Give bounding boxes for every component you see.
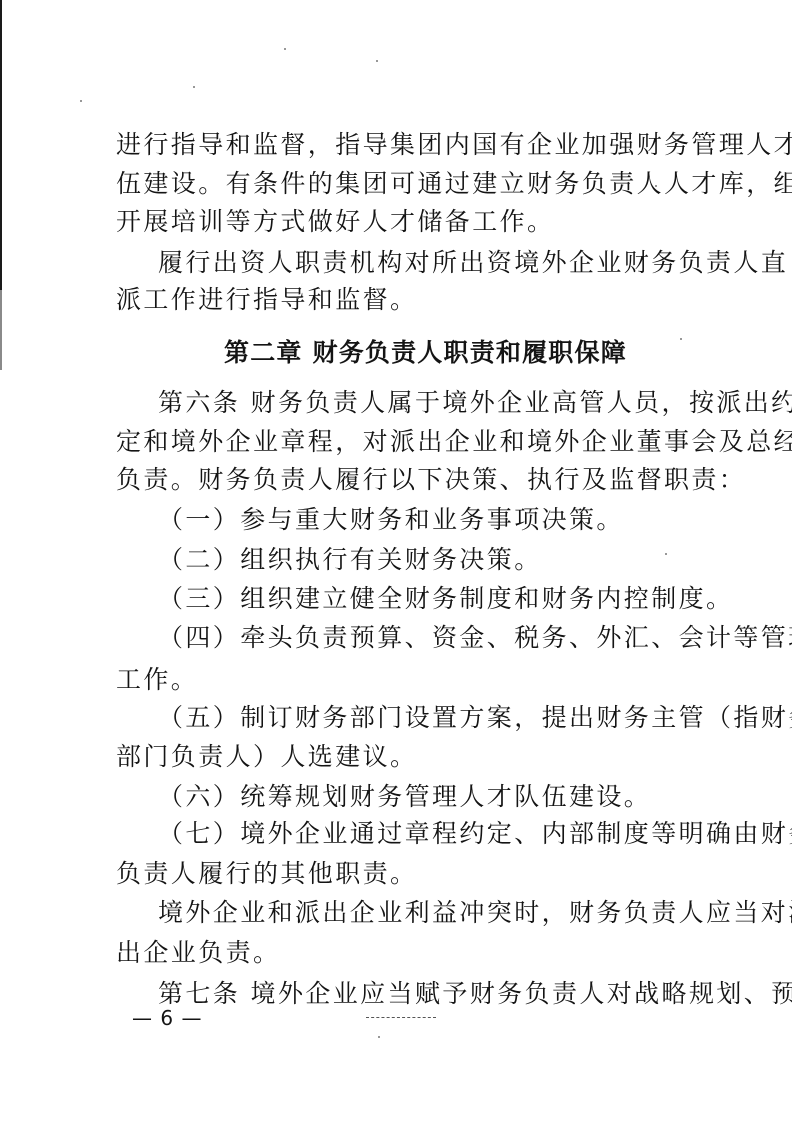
scan-speck [376, 60, 378, 62]
page-number: — 6 — [132, 1006, 202, 1030]
list-item: （五）制订财务部门设置方案，提出财务主管（指财务 [158, 703, 792, 733]
article-7-line: 第七条 境外企业应当赋予财务负责人对战略规划、预 [158, 979, 792, 1009]
list-item: （二）组织执行有关财务决策。 [158, 545, 542, 575]
article-6-line: 第六条 财务负责人属于境外企业高管人员，按派出约 [158, 388, 792, 418]
list-item-continuation: 负责人履行的其他职责。 [116, 859, 417, 889]
scan-speck [80, 100, 82, 102]
footer-dashed-rule [366, 1017, 436, 1018]
list-item: （一）参与重大财务和业务事项决策。 [158, 505, 624, 535]
list-item: （四）牵头负责预算、资金、税务、外汇、会计等管理 [158, 623, 792, 653]
scan-speck [193, 86, 195, 88]
paragraph-line: 履行出资人职责机构对所出资境外企业财务负责人直 [158, 248, 788, 278]
list-item-continuation: 工作。 [116, 665, 198, 695]
scan-speck [378, 1036, 380, 1038]
chapter-heading: 第二章 财务负责人职责和履职保障 [224, 338, 627, 368]
scan-speck [655, 185, 657, 187]
scan-edge-artifact-grey [0, 290, 2, 370]
paragraph-line: 进行指导和监督，指导集团内国有企业加强财务管理人才队 [116, 130, 792, 160]
scan-speck [284, 48, 286, 50]
paragraph-line: 派工作进行指导和监督。 [116, 285, 417, 315]
scan-edge-artifact [0, 0, 2, 290]
scan-speck [665, 553, 667, 555]
paragraph-line: 出企业负责。 [116, 938, 280, 968]
scan-speck [680, 338, 682, 340]
list-item: （七）境外企业通过章程约定、内部制度等明确由财务 [158, 819, 792, 849]
paragraph-line: 境外企业和派出企业利益冲突时，财务负责人应当对派 [158, 898, 792, 928]
list-item: （六）统筹规划财务管理人才队伍建设。 [158, 782, 651, 812]
list-item: （三）组织建立健全财务制度和财务内控制度。 [158, 584, 733, 614]
article-6-line: 定和境外企业章程，对派出企业和境外企业董事会及总经理 [116, 427, 792, 457]
list-item-continuation: 部门负责人）人选建议。 [116, 742, 417, 772]
article-6-line: 负责。财务负责人履行以下决策、执行及监督职责： [116, 465, 746, 495]
paragraph-line: 开展培训等方式做好人才储备工作。 [116, 207, 554, 237]
paragraph-line: 伍建设。有条件的集团可通过建立财务负责人人才库，组织 [116, 169, 792, 199]
